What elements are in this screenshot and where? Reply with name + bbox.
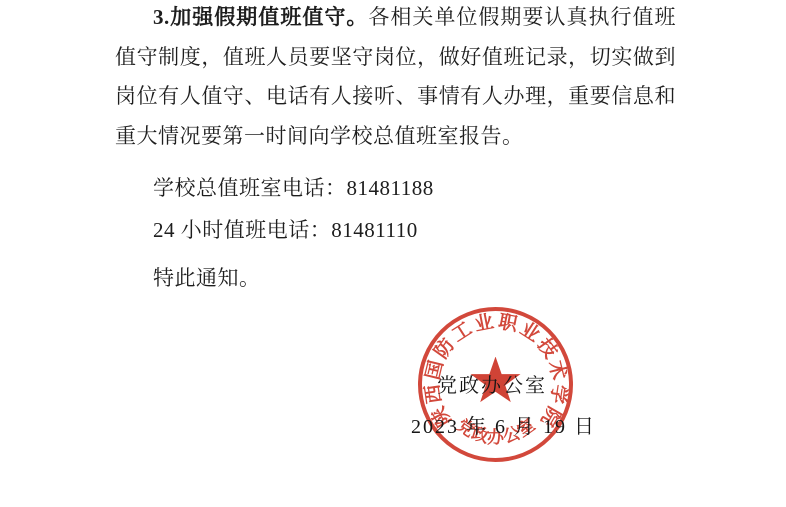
- closing-line: 特此通知。: [115, 259, 676, 299]
- seal-ring-char: 职: [496, 312, 519, 335]
- notice-document-page: 3.加强假期值班值守。各相关单位假期要认真执行值班值守制度，值班人员要坚守岗位，…: [0, 0, 786, 507]
- 24h-duty-phone-line: 24 小时值班电话：81481110: [115, 211, 676, 251]
- signature-office-name: 党政办公室: [437, 369, 547, 398]
- seal-ring-char: 学: [546, 382, 569, 405]
- duty-office-phone-line: 学校总值班室电话：81481188: [115, 169, 676, 209]
- seal-ring-char: 业: [472, 312, 495, 335]
- signature-date: 2023 年 6 月 19 日: [411, 410, 596, 439]
- paragraph-lead-bold: 3.加强假期值班值守。: [153, 5, 368, 29]
- seal-ring-char: 术: [544, 358, 568, 382]
- notice-paragraph: 3.加强假期值班值守。各相关单位假期要认真执行值班值守制度，值班人员要坚守岗位，…: [115, 0, 676, 156]
